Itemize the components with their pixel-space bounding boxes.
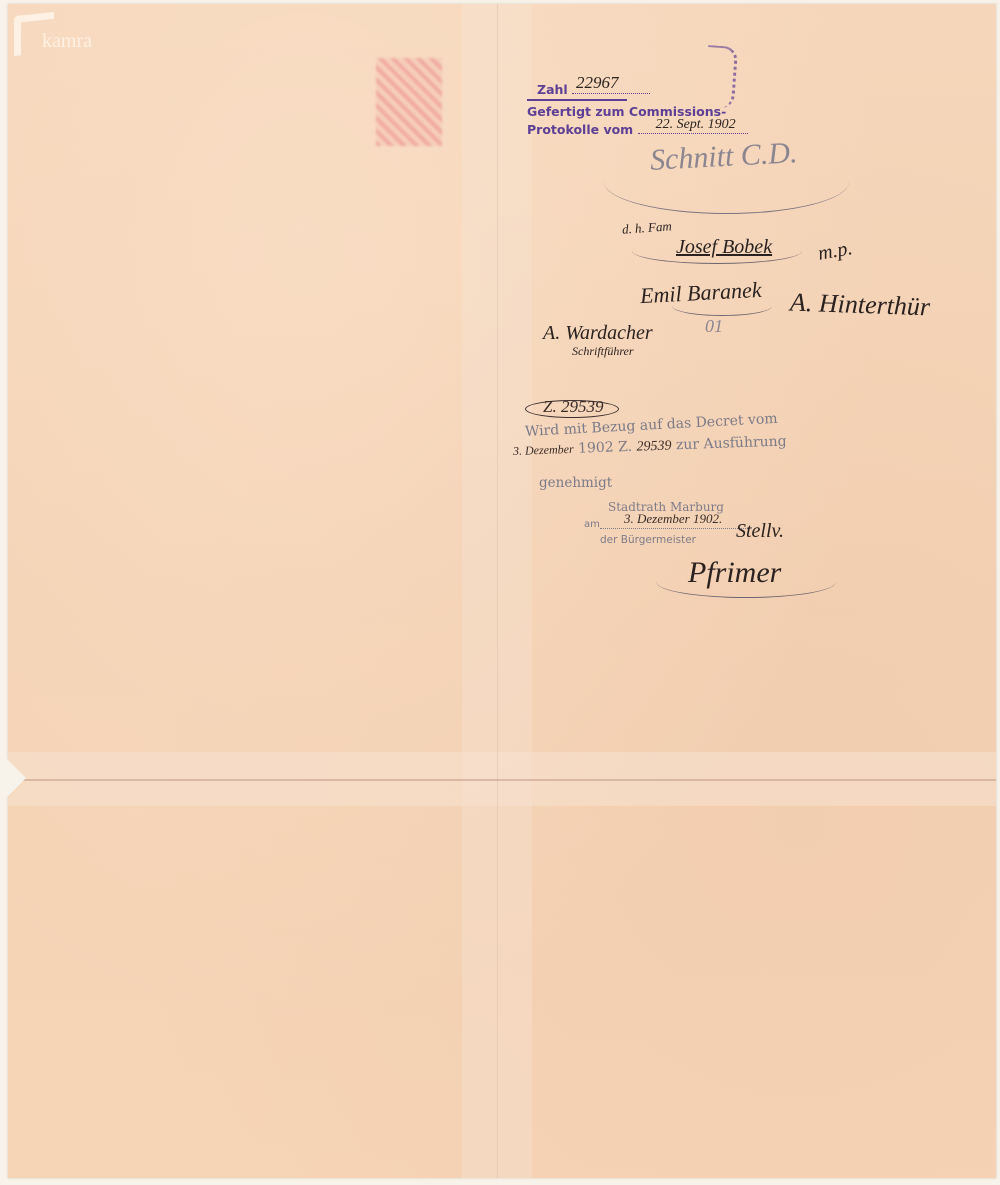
watermark: kamra: [14, 14, 92, 54]
fold-line-vertical: [497, 4, 499, 1178]
stamp-rule: [527, 99, 627, 101]
red-seal-stamp: [376, 58, 442, 146]
kamra-logo-icon: [14, 12, 54, 56]
signature-hinterthur: A. Hinterthür: [790, 288, 931, 323]
signature-note: 01: [705, 316, 723, 337]
zahl-value: 22967: [576, 74, 619, 91]
zahl-field: 22967: [572, 80, 650, 94]
decree-tail: zur Ausführung: [676, 433, 787, 453]
mayor-label: der Bürgermeister: [600, 534, 696, 546]
decree-ref: 29539: [636, 438, 672, 454]
reference-number: Z. 29539: [543, 397, 603, 417]
commission-stamp: Zahl 22967 Gefertigt zum Commissions- Pr…: [527, 80, 747, 138]
signature-wardacher: A. Wardacher: [543, 322, 653, 345]
protocol-date: 22. Sept. 1902: [656, 116, 736, 133]
mayor-deputy-note: Stellv.: [736, 520, 784, 543]
signature-swash-1: [632, 238, 802, 264]
zahl-label: Zahl: [537, 82, 568, 97]
approval-line-3: genehmigt: [539, 475, 612, 491]
decree-year: 1902: [578, 439, 614, 456]
protocol-row: Protokolle vom 22. Sept. 1902: [527, 120, 747, 138]
date-dotted-line: [600, 528, 750, 529]
decree-date: 3. Dezember: [513, 442, 574, 458]
signature-title: Schriftführer: [572, 344, 634, 359]
decree-z: Z.: [618, 439, 632, 455]
pencil-swash: [604, 150, 849, 214]
mayor-signature-swash: [656, 566, 836, 598]
am-label: am: [584, 519, 600, 530]
fold-line-horizontal: [8, 779, 996, 781]
council-date: 3. Dezember 1902.: [624, 511, 722, 527]
protocol-label: Protokolle vom: [527, 122, 633, 137]
zahl-row: Zahl 22967: [527, 80, 747, 98]
paper-notch: [0, 752, 26, 804]
signature-swash-2: [672, 296, 772, 316]
protocol-date-field: 22. Sept. 1902: [638, 120, 748, 134]
